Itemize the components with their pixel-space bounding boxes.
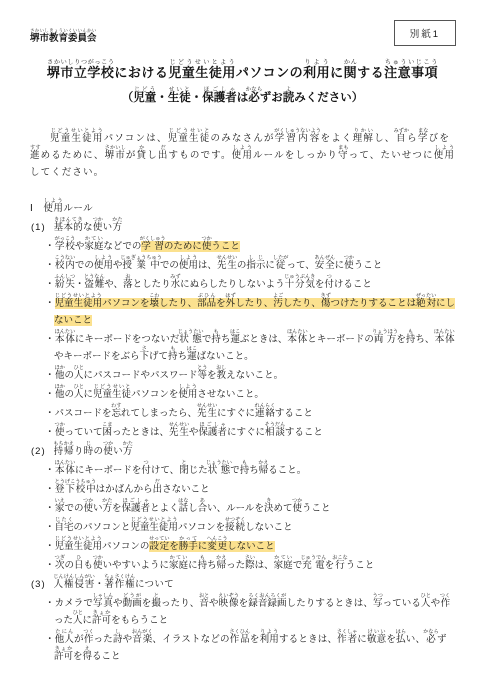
subsection: (3)人権侵害じんけんしんがい・著作権ちょさくけんについて ・カメラで写真しゃし… bbox=[30, 574, 455, 665]
rule-item: ・本体ほんたいにキーボードをつないだ状態じょうたいで持もち運はこぶときは、本体ほ… bbox=[45, 329, 455, 365]
rule-item: ・カメラで写真しゃしんや動画どうがを撮とったり、音おとや映像えいぞうを録音録画ろ… bbox=[45, 593, 455, 629]
bullet-marker: ・ bbox=[45, 503, 55, 514]
rule-item-text: 家いえでの使つかい方かたを保護者ほごしゃとよく話はなし合あい、ルールを決きめて使… bbox=[55, 503, 331, 514]
rule-item: ・校内こうないでの使用しようや授業中じゅぎょうちゅうでの使用しようは、先生せんせ… bbox=[45, 255, 455, 274]
rule-item-text: 児童生徒用じどうせいとようパソコンを壊こわしたり、部品ぶひんを外はずしたり、汚よ… bbox=[54, 298, 455, 326]
bullet-marker: ・ bbox=[45, 241, 55, 252]
rule-item-text: 次つぎの日ひも使つかいやすいように家庭かていに持もち帰かえった際さいは、家庭かて… bbox=[55, 560, 375, 571]
rule-item-list: ・本体ほんたいにキーボードを付つけて、閉とじた状態じょうたいで持もち帰かえること… bbox=[30, 460, 455, 574]
subsection-number: (2) bbox=[31, 446, 46, 457]
section-heading-usage-rules: Ⅰ 使用しようルール bbox=[30, 198, 455, 217]
rule-item: ・他ほかの人ひとにパスコードやパスワード等とうを教おしえないこと。 bbox=[45, 365, 455, 384]
rule-item-text: 校内こうないでの使用しようや授業中じゅぎょうちゅうでの使用しようは、先生せんせい… bbox=[55, 260, 383, 271]
subsection-number: (3) bbox=[31, 579, 46, 590]
rule-item: ・紛失ふんしつ・盗難とうなんや、落おとしたり水みずにぬらしたりしないよう十分気じ… bbox=[45, 274, 455, 293]
bullet-marker: ・ bbox=[45, 260, 55, 271]
rule-item-text: 自宅じたくのパソコンと児童生徒用じどうせいとようパソコンを接続せつぞくしないこと bbox=[55, 522, 293, 533]
rule-item: ・次つぎの日ひも使つかいやすいように家庭かていに持もち帰かえった際さいは、家庭か… bbox=[45, 555, 455, 574]
rule-item: ・児童生徒用じどうせいとようパソコンを壊こわしたり、部品ぶひんを外はずしたり、汚… bbox=[45, 293, 455, 329]
bullet-marker: ・ bbox=[45, 334, 55, 345]
subsection-number: (1) bbox=[31, 222, 46, 233]
bullet-marker: ・ bbox=[45, 484, 55, 495]
rule-item-text: パスコードを忘わすれてしまったら、先生せんせいにすぐに連絡れんらくすること bbox=[55, 408, 313, 419]
rule-item: ・使つかっていて困こまったときは、先生せんせいや保護者ほごしゃにすぐに相談そうだ… bbox=[45, 422, 455, 441]
subsection-heading: (1)基本的きほんてきな使つかい方かた bbox=[31, 217, 455, 236]
organization-name: 堺市教育委員会さかいしきょういくいいんかい bbox=[30, 28, 455, 48]
subsection-title: 持帰もちかえり時じの使つかい方かた bbox=[54, 446, 133, 457]
document-page: 別紙1 堺市教育委員会さかいしきょういくいいんかい 堺市立学校さかいしりつがっこ… bbox=[0, 0, 480, 678]
rule-item-text: 紛失ふんしつ・盗難とうなんや、落おとしたり水みずにぬらしたりしないよう十分気じゅ… bbox=[55, 279, 372, 290]
subsection-title: 人権侵害じんけんしんがい・著作権ちょさくけんについて bbox=[54, 579, 174, 590]
subsection-heading: (2)持帰もちかえり時じの使つかい方かた bbox=[31, 441, 455, 460]
rule-item: ・他人たにんが作つくった詩しや音楽おんがく、イラストなどの作品さくひんを利用りよ… bbox=[45, 629, 455, 665]
bullet-marker: ・ bbox=[45, 279, 55, 290]
subsection-list: (1)基本的きほんてきな使つかい方かた ・学校がっこうや家庭かていなどでの学習が… bbox=[30, 217, 455, 665]
bullet-marker: ・ bbox=[45, 298, 55, 309]
rule-item: ・家いえでの使つかい方かたを保護者ほごしゃとよく話はなし合あい、ルールを決きめて… bbox=[45, 498, 455, 517]
rule-item: ・児童生徒用じどうせいとようパソコンの設定せっていを勝手かってに変更へんこうしな… bbox=[45, 536, 455, 555]
rule-item-text: 登下校中とうげこうちゅうはかばんから出ださないこと bbox=[55, 484, 210, 495]
subsection: (2)持帰もちかえり時じの使つかい方かた ・本体ほんたいにキーボードを付つけて、… bbox=[30, 441, 455, 574]
bullet-marker: ・ bbox=[45, 560, 55, 571]
bullet-marker: ・ bbox=[45, 389, 55, 400]
bullet-marker: ・ bbox=[45, 465, 55, 476]
rule-item-text: 児童生徒用じどうせいとようパソコンの設定せっていを勝手かってに変更へんこうしない… bbox=[55, 541, 275, 552]
subsection-heading: (3)人権侵害じんけんしんがい・著作権ちょさくけんについて bbox=[31, 574, 455, 593]
bullet-marker: ・ bbox=[45, 427, 55, 438]
rule-item-list: ・学校がっこうや家庭かていなどでの学習がくしゅうのために使つかうこと ・校内こう… bbox=[30, 236, 455, 441]
bullet-marker: ・ bbox=[45, 541, 55, 552]
document-title: 堺市立学校さかいしりつがっこうにおける児童生徒用じどうせいとようパソコンの利用り… bbox=[30, 59, 455, 85]
rule-item-text: 本体ほんたいにキーボードを付つけて、閉とじた状態じょうたいで持もち帰かえること。 bbox=[55, 465, 307, 476]
rule-item: ・学校がっこうや家庭かていなどでの学習がくしゅうのために使つかうこと bbox=[45, 236, 455, 255]
rule-item-text: 学校がっこうや家庭かていなどでの学習がくしゅうのために使つかうこと bbox=[55, 241, 240, 252]
document-subtitle: （児童じどう・生徒せいと・保護者ほごしゃは必かならずお読よみください） bbox=[30, 87, 455, 108]
bullet-marker: ・ bbox=[45, 408, 55, 419]
rule-item-text: 本体ほんたいにキーボードをつないだ状態じょうたいで持もち運はこぶときは、本体ほん… bbox=[54, 334, 454, 362]
subsection-title: 基本的きほんてきな使つかい方かた bbox=[54, 222, 123, 233]
intro-paragraph: 児童生徒用じどうせいとようパソコンは、児童生徒じどうせいとのみなさんが学習内容が… bbox=[30, 128, 455, 181]
rule-item: ・登下校中とうげこうちゅうはかばんから出ださないこと bbox=[45, 479, 455, 498]
rule-item: ・本体ほんたいにキーボードを付つけて、閉とじた状態じょうたいで持もち帰かえること… bbox=[45, 460, 455, 479]
bullet-marker: ・ bbox=[45, 598, 55, 609]
attachment-tag: 別紙1 bbox=[394, 20, 456, 46]
bullet-marker: ・ bbox=[45, 634, 55, 645]
rule-item-text: 他ほかの人ひとにパスコードやパスワード等とうを教おしえないこと。 bbox=[55, 370, 284, 381]
subsection: (1)基本的きほんてきな使つかい方かた ・学校がっこうや家庭かていなどでの学習が… bbox=[30, 217, 455, 441]
rule-item-list: ・カメラで写真しゃしんや動画どうがを撮とったり、音おとや映像えいぞうを録音録画ろ… bbox=[30, 593, 455, 665]
rule-item-text: 他ほかの人ひとに児童生徒じどうせいとパソコンを使用しようさせないこと。 bbox=[55, 389, 264, 400]
rule-item: ・自宅じたくのパソコンと児童生徒用じどうせいとようパソコンを接続せつぞくしないこ… bbox=[45, 517, 455, 536]
rule-item-text: 他人たにんが作つくった詩しや音楽おんがく、イラストなどの作品さくひんを利用りよう… bbox=[54, 634, 446, 662]
bullet-marker: ・ bbox=[45, 370, 55, 381]
rule-item-text: 使つかっていて困こまったときは、先生せんせいや保護者ほごしゃにすぐに相談そうだん… bbox=[55, 427, 323, 438]
rule-item: ・パスコードを忘わすれてしまったら、先生せんせいにすぐに連絡れんらくすること bbox=[45, 403, 455, 422]
rule-item-text: カメラで写真しゃしんや動画どうがを撮とったり、音おとや映像えいぞうを録音録画ろく… bbox=[54, 598, 450, 626]
rule-item: ・他ほかの人ひとに児童生徒じどうせいとパソコンを使用しようさせないこと。 bbox=[45, 384, 455, 403]
bullet-marker: ・ bbox=[45, 522, 55, 533]
